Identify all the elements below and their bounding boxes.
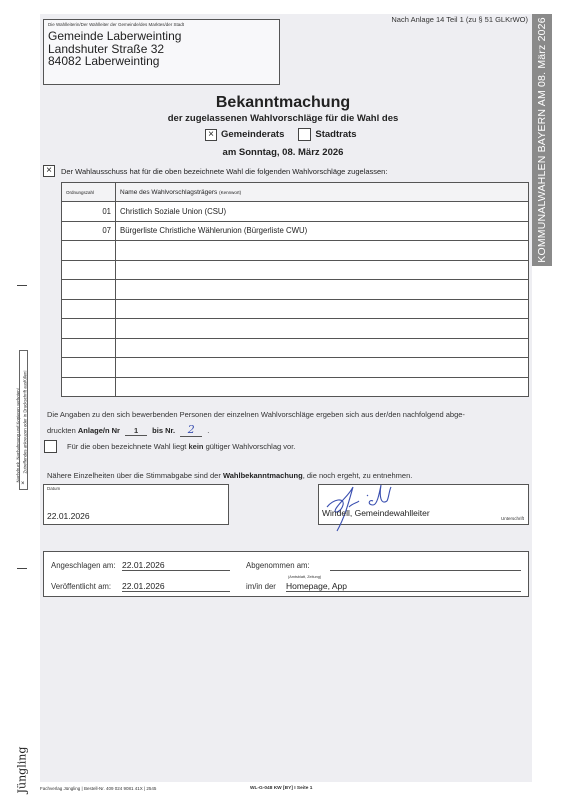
footer-order-info: Fachverlag Jüngling | Bestell-Nr. 409 02… (40, 786, 156, 791)
row-number[interactable] (62, 319, 116, 339)
table-row (62, 377, 529, 397)
row-number[interactable]: 01 (62, 202, 116, 222)
row-party-name[interactable] (116, 377, 529, 397)
row-party-name[interactable] (116, 299, 529, 319)
removed-label: Abgenommen am: (246, 561, 310, 570)
row-party-name[interactable] (116, 319, 529, 339)
details-text-bold: Wahlbekanntmachung (223, 471, 303, 480)
signature-label: Unterschrift (501, 516, 524, 521)
table-row (62, 260, 529, 280)
header-name-text: Name des Wahlvorschlagsträgers (120, 189, 217, 196)
table-row (62, 241, 529, 261)
instruction-note: Zutreffendes ankreuzen oder in Druckschr… (23, 354, 28, 474)
legal-reference: Nach Anlage 14 Teil 1 (zu § 51 GLKrWO) (391, 15, 528, 24)
fold-mark-top (17, 285, 27, 286)
table-row (62, 338, 529, 358)
no-valid-text: Für die oben bezeichnete Wahl liegt kein… (67, 442, 295, 451)
published-date-field[interactable]: 22.01.2026 (122, 581, 230, 592)
date-label: Datum (47, 486, 60, 491)
document-subtitle: der zugelassenen Wahlvorschläge für die … (0, 113, 566, 124)
table-row (62, 319, 529, 339)
row-number[interactable] (62, 260, 116, 280)
date-value: 22.01.2026 (47, 511, 90, 521)
election-date: am Sonntag, 08. März 2026 (0, 147, 566, 158)
no-valid-nomination-row: Für die oben bezeichnete Wahl liegt kein… (44, 440, 295, 453)
row-party-name[interactable] (116, 338, 529, 358)
attachment-from-field[interactable]: 1 (125, 426, 147, 436)
gemeinderat-checkbox[interactable]: × (205, 129, 217, 141)
medium-field[interactable]: Homepage, App (286, 581, 521, 592)
no-valid-text-b: gültiger Wahlvorschlag vor. (206, 442, 296, 451)
no-valid-text-a: Für die oben bezeichnete Wahl liegt (67, 442, 186, 451)
publisher-logo-text: Jüngling (16, 747, 29, 794)
row-party-name[interactable]: Christlich Soziale Union (CSU) (116, 202, 529, 222)
details-text-a: Nähere Einzelheiten über die Stimmabgabe… (47, 471, 221, 480)
gemeinderat-label: Gemeinderats (221, 129, 284, 140)
stadtrat-checkbox[interactable] (298, 128, 311, 141)
posted-label: Angeschlagen am: (51, 561, 116, 570)
authority-address-box: Die Wahlleiterin/Der Wahlleiter der Geme… (43, 19, 280, 85)
instruction-check-icon: × (21, 481, 25, 487)
row-number[interactable] (62, 358, 116, 378)
table-row: 07Bürgerliste Christliche Wählerunion (B… (62, 221, 529, 241)
attachments-text-line2: druckten Anlage/n Nr 1 bis Nr. 2 . (47, 423, 209, 437)
signer-name: Windell, Gemeindewahlleiter (322, 508, 430, 518)
publisher-logo: Jüngling (13, 745, 31, 795)
footer-form-id: WL-G-048 KW [BY] I Seite 1 (250, 786, 312, 791)
attachments-label: Anlage/n Nr (78, 426, 120, 435)
row-party-name[interactable] (116, 358, 529, 378)
medium-hint: (Amtsblatt, Zeitung) (288, 575, 321, 579)
attachments-prefix: druckten (47, 426, 76, 435)
attachment-to-label: bis Nr. (152, 426, 175, 435)
no-valid-text-bold: kein (188, 442, 203, 451)
published-label: Veröffentlicht am: (51, 582, 111, 591)
date-field[interactable]: Datum 22.01.2026 (43, 484, 229, 525)
authority-city: 84082 Laberweinting (48, 55, 275, 68)
row-number[interactable] (62, 299, 116, 319)
authority-label: Die Wahlleiterin/Der Wahlleiter der Geme… (48, 22, 275, 27)
margin-note: Nachdruck, Nachahmung und Kopieren verbo… (8, 350, 26, 490)
acceptance-row: × Der Wahlausschuss hat für die oben bez… (43, 165, 387, 177)
acceptance-checkbox[interactable]: × (43, 165, 55, 177)
authority-name: Gemeinde Laberweinting (48, 30, 275, 43)
header-name-hint: (Kennwort) (219, 190, 241, 195)
row-party-name[interactable] (116, 260, 529, 280)
election-side-band: KOMMUNALWAHLEN BAYERN AM 08. März 2026 (532, 14, 552, 266)
removed-date-field[interactable] (330, 560, 521, 571)
table-header-row: Ordnungszahl Name des Wahlvorschlagsträg… (62, 183, 529, 202)
header-name: Name des Wahlvorschlagsträgers (Kennwort… (116, 183, 529, 202)
row-number[interactable]: 07 (62, 221, 116, 241)
handwritten-signature (323, 477, 403, 535)
header-number: Ordnungszahl (62, 183, 116, 202)
table-row (62, 299, 529, 319)
row-party-name[interactable]: Bürgerliste Christliche Wählerunion (Bür… (116, 221, 529, 241)
posted-date-field[interactable]: 22.01.2026 (122, 560, 230, 571)
fold-mark-bottom (17, 568, 27, 569)
attachments-text-line1: Die Angaben zu den sich bewerbenden Pers… (47, 410, 465, 419)
acceptance-text: Der Wahlausschuss hat für die oben bezei… (61, 167, 387, 176)
posting-record-box: Angeschlagen am: 22.01.2026 Abgenommen a… (43, 551, 529, 597)
no-valid-checkbox[interactable] (44, 440, 57, 453)
row-number[interactable] (62, 241, 116, 261)
row-number[interactable] (62, 280, 116, 300)
row-number[interactable] (62, 338, 116, 358)
nominations-table: Ordnungszahl Name des Wahlvorschlagsträg… (61, 182, 529, 397)
table-row: 01Christlich Soziale Union (CSU) (62, 202, 529, 222)
table-row (62, 280, 529, 300)
election-type-choice: × Gemeinderats Stadtrats (205, 128, 357, 141)
row-party-name[interactable] (116, 280, 529, 300)
stadtrat-label: Stadtrats (315, 129, 356, 140)
instruction-frame: Zutreffendes ankreuzen oder in Druckschr… (19, 350, 28, 490)
side-band-text: KOMMUNALWAHLEN BAYERN AM 08. März 2026 (536, 17, 548, 262)
signature-field[interactable]: Windell, Gemeindewahlleiter Unterschrift (318, 484, 529, 525)
attachment-to-field[interactable]: 2 (180, 423, 202, 437)
row-party-name[interactable] (116, 241, 529, 261)
document-title: Bekanntmachung (0, 94, 566, 112)
table-row (62, 358, 529, 378)
attachments-suffix: . (207, 426, 209, 435)
medium-label: im/in der (246, 582, 276, 591)
row-number[interactable] (62, 377, 116, 397)
